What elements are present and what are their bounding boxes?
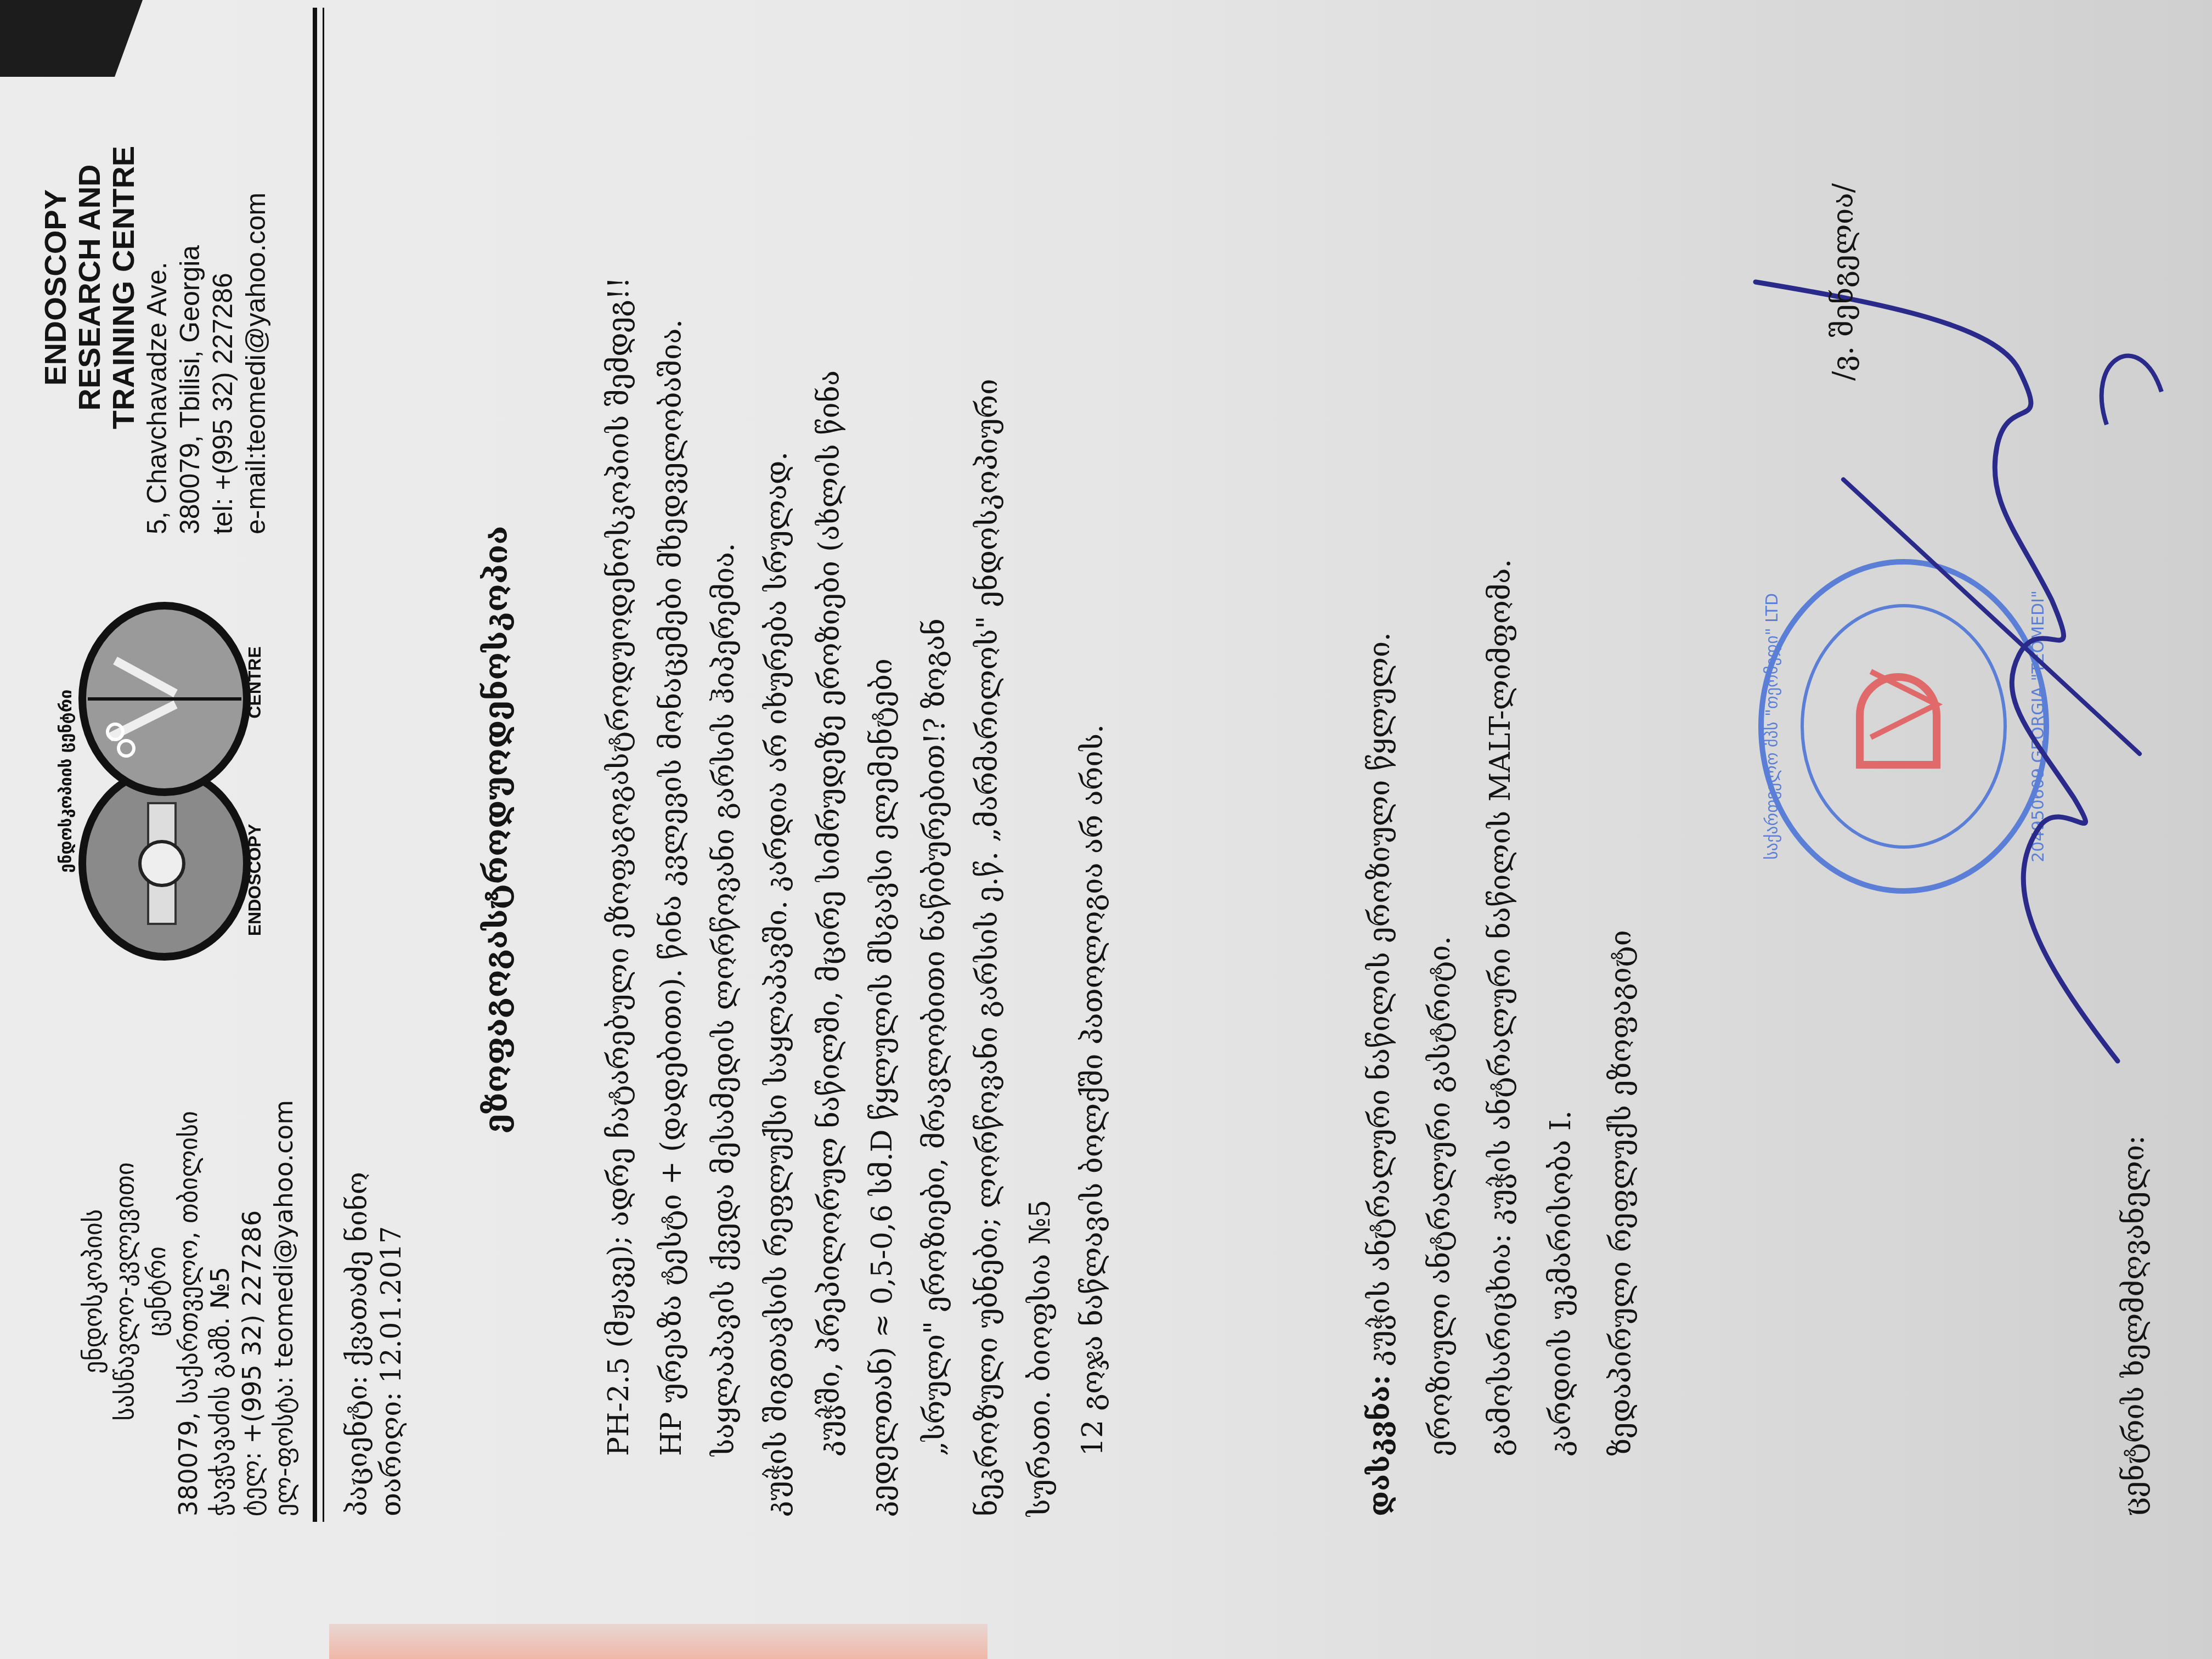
- address-line: 380079, საქართველო, თბილისი: [172, 1066, 204, 1516]
- finding-line: კედელთან) ≈ 0,5-0,6 სმ.D წყლულის მსგავსი…: [856, 35, 909, 1516]
- org-name-en: ENDOSCOPY RESEARCH AND TRAINING CENTRE: [38, 41, 140, 534]
- logo-endoscopy: ENDOSCOPY: [245, 824, 263, 936]
- conclusion: დასკვნა: კუჭის ანტრალური ნაწილის ეროზიულ…: [1350, 35, 1651, 1516]
- finding-line: „სრული" ეროზიები, მრავლობითი ნაწიბურებით…: [909, 35, 961, 1516]
- phone: tel: +(995 32) 227286: [206, 41, 239, 534]
- finding-line: სურათი. ბიოფსია №5: [1014, 35, 1066, 1516]
- header-divider: [313, 8, 324, 1522]
- findings: PH-2.5 (მჟავე); ადრე ჩატარებული ეზოფაგოგ…: [592, 35, 1119, 1516]
- finding-line: 12 გოჯა ნაწლავის ბოლქში პათოლოგია არ არი…: [1066, 35, 1119, 1516]
- email: e-mail:teomedi@yahoo.com: [239, 41, 272, 534]
- org-line: ცენტრი: [140, 1066, 172, 1516]
- patient-label: პაციენტი:: [341, 1375, 373, 1516]
- org-line: ენდოსკოპიის: [77, 1066, 109, 1516]
- logo-top-text: ენდოსკოპიის ცენტრი: [57, 690, 76, 873]
- doctor-name: /ვ. შენგელია/: [1827, 183, 1860, 381]
- patient-meta: პაციენტი: ქვათაძე ნინო თარიღი: 12.01.201…: [340, 1172, 408, 1516]
- date-row: თარიღი: 12.01.2017: [374, 1172, 408, 1516]
- org-name-ka: ენდოსკოპიის სასწავლო-კვლევითი ცენტრი: [77, 1066, 172, 1516]
- conclusion-line: კარდიის უკმარისობა I.: [1531, 35, 1591, 1516]
- logo-centre: CENTRE: [245, 646, 263, 719]
- conclusion-line: კუჭის ანტრალური ნაწილის ეროზიული წყლული.: [1363, 632, 1396, 1365]
- header-left-georgian: ენდოსკოპიის სასწავლო-კვლევითი ცენტრი 380…: [77, 1066, 300, 1516]
- conclusion-line: გამოსარიცხია: კუჭის ანტრალური ნაწილის MA…: [1470, 35, 1531, 1516]
- conclusion-line: ზედაპირული რეფლუქს ეზოფაგიტი: [1591, 35, 1651, 1516]
- report-page: ენდოსკოპიის სასწავლო-კვლევითი ცენტრი 380…: [0, 0, 2212, 1659]
- finding-line: საყლაპავის ქვედა მესამედის ლორწოვანი გარ…: [698, 35, 751, 1516]
- patient-name: ქვათაძე ნინო: [341, 1172, 373, 1367]
- org-line: ENDOSCOPY: [38, 41, 72, 534]
- report-title: ეზოფაგოგასტროდუოდენოსკოპია: [477, 0, 515, 1659]
- finding-line: კუჭში, პრეპილორულ ნაწილში, მცირე სიმრუდე…: [803, 35, 856, 1516]
- endoscopy-centre-logo: ენდოსკოპიის ცენტრი ENDOSCOPY CENTRE: [33, 573, 263, 990]
- photo-background: ენდოსკოპიის სასწავლო-კვლევითი ცენტრი 380…: [0, 0, 2212, 1659]
- patient-row: პაციენტი: ქვათაძე ნინო: [340, 1172, 374, 1516]
- org-line: RESEARCH AND: [72, 41, 106, 534]
- report-date: 12.01.2017: [375, 1226, 407, 1383]
- email: ელ-ფოსტა: teomedi@yahoo.com: [268, 1066, 300, 1516]
- date-label: თარიღი:: [375, 1392, 407, 1516]
- org-line: TRAINING CENTRE: [106, 41, 140, 534]
- org-line: სასწავლო-კვლევითი: [109, 1066, 140, 1516]
- finding-line: PH-2.5 (მჟავე); ადრე ჩატარებული ეზოფაგოგ…: [592, 35, 645, 1516]
- conclusion-line: ეროზიული ანტრალური გასტრიტი.: [1410, 35, 1470, 1516]
- conclusion-label: დასკვნა:: [1363, 1375, 1396, 1516]
- finding-line: კუჭის შიგთავსის რეფლუქსი საყლაპავში. კარ…: [751, 35, 803, 1516]
- phone: ტელ: +(995 32) 227286: [236, 1066, 268, 1516]
- signature-label: ცენტრის ხელმძღვანელი:: [2118, 1135, 2151, 1516]
- address-line: 380079, Tbilisi, Georgia: [173, 41, 206, 534]
- finding-line: HP ურეაზა ტესტი + (დადებითი). წინა კვლევ…: [645, 35, 698, 1516]
- handwritten-signature: [1690, 260, 2183, 1083]
- address-line: ჭავჭავაძის გამზ. №5: [204, 1066, 236, 1516]
- header-right-english: ENDOSCOPY RESEARCH AND TRAINING CENTRE 5…: [38, 41, 272, 534]
- finding-line: ნეკროზული უბნები; ლორწოვანი გარსის ე.წ. …: [961, 35, 1014, 1516]
- address-line: 5, Chavchavadze Ave.: [140, 41, 173, 534]
